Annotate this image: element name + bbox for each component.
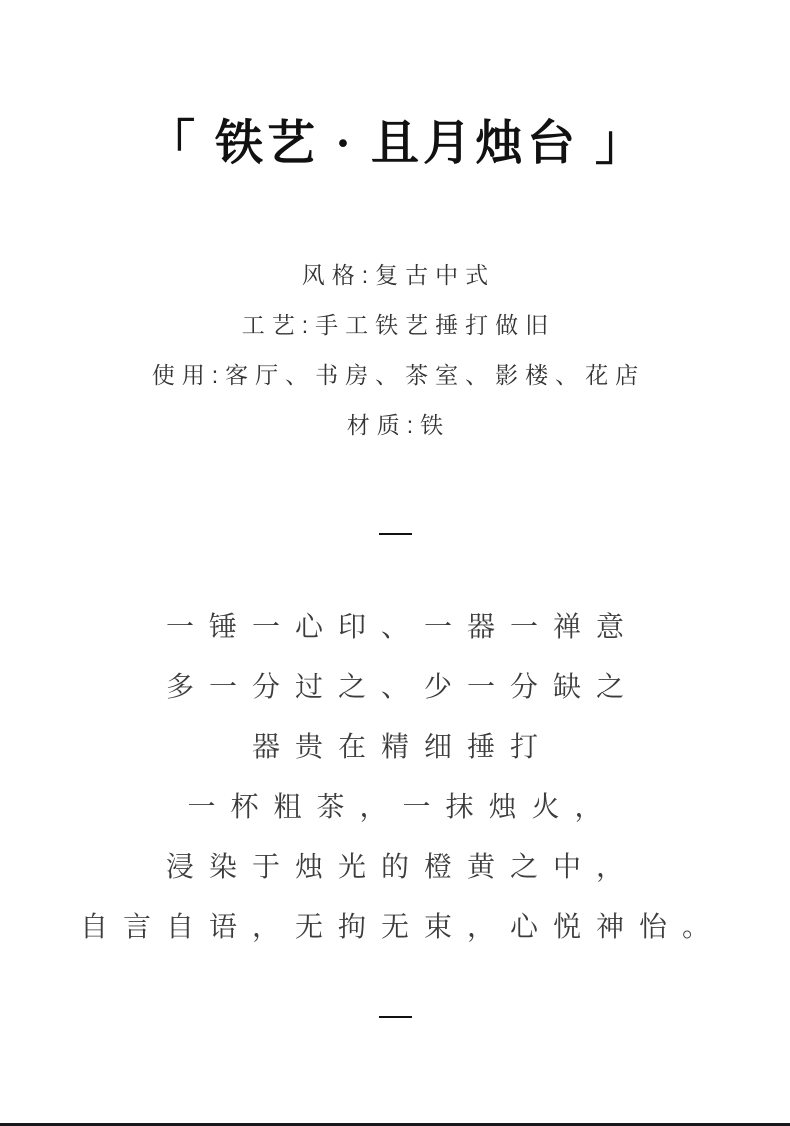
poem-block: 一锤一心印、一器一禅意 多一分过之、少一分缺之 器贵在精细捶打 一杯粗茶，一抹烛… [0, 598, 790, 958]
section-divider-bottom [379, 1016, 412, 1018]
poem-line-1: 一锤一心印、一器一禅意 [0, 598, 790, 658]
spec-line-style: 风格:复古中式 [0, 250, 790, 300]
section-divider-top [379, 533, 412, 535]
product-title: 「 铁艺 · 且月烛台 」 [0, 112, 790, 176]
product-specs: 风格:复古中式 工艺:手工铁艺捶打做旧 使用:客厅、书房、茶室、影楼、花店 材质… [0, 250, 790, 450]
spec-line-usage: 使用:客厅、书房、茶室、影楼、花店 [0, 350, 790, 400]
poem-line-3: 器贵在精细捶打 [0, 718, 790, 778]
spec-line-material: 材质:铁 [0, 400, 790, 450]
poem-line-4: 一杯粗茶，一抹烛火， [0, 778, 790, 838]
poem-line-6: 自言自语，无拘无束，心悦神怡。 [0, 898, 790, 958]
poem-line-2: 多一分过之、少一分缺之 [0, 658, 790, 718]
poem-line-5: 浸染于烛光的橙黄之中， [0, 838, 790, 898]
product-description-page: 「 铁艺 · 且月烛台 」 风格:复古中式 工艺:手工铁艺捶打做旧 使用:客厅、… [0, 0, 790, 1126]
spec-line-craft: 工艺:手工铁艺捶打做旧 [0, 300, 790, 350]
